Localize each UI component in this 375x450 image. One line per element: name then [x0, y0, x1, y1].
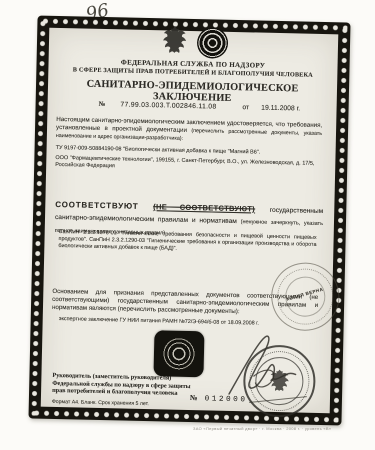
number-label: №	[99, 101, 106, 108]
certificate-document: ФЕДЕРАЛЬНАЯ СЛУЖБА ПО НАДЗОРУ В СФЕРЕ ЗА…	[28, 16, 350, 426]
manufacturer-line: ООО "Фармацевтические технологии", 19915…	[55, 155, 323, 175]
agency-round-logo-icon	[197, 27, 229, 59]
comply-strikethrough: (НЕ СООТВЕТСТВУЮТ)	[153, 202, 255, 213]
signature	[223, 320, 305, 404]
signer-line-3: прав потребителей и благополучия человек…	[52, 387, 190, 398]
printer-imprint: ЗАО «Первый печатный двор» · г. Москва ·…	[193, 426, 331, 431]
copy-stamp-label: КОПИЯ ВЕРНА	[272, 283, 337, 306]
sanpin-paragraph: СанПиН 2.3.2.1078-01 "Гигиенические треб…	[58, 229, 316, 256]
intro-paragraph: Настоящим санитарно-эпидемиологическим з…	[56, 116, 322, 146]
date-label: от	[242, 104, 249, 111]
certificate-date: 19.11.2008 г.	[261, 105, 300, 113]
form-note: Формат А4. Бланк. Срок хранения 5 лет.	[52, 399, 149, 407]
coat-of-arms-eagle-icon	[161, 24, 189, 56]
comply-word: СООТВЕТСТВУЮТ	[55, 200, 138, 211]
document-title: САНИТАРНО-ЭПИДЕМИОЛОГИЧЕСКОЕ ЗАКЛЮЧЕНИЕ	[48, 78, 337, 107]
hologram-stamp	[153, 330, 204, 377]
certificate-number: 77.99.03.003.Т.002846.11.08	[120, 101, 216, 110]
blank-number-label: №	[190, 393, 198, 402]
certificate-paper: ФЕДЕРАЛЬНАЯ СЛУЖБА ПО НАДЗОРУ В СФЕРЕ ЗА…	[41, 28, 339, 413]
